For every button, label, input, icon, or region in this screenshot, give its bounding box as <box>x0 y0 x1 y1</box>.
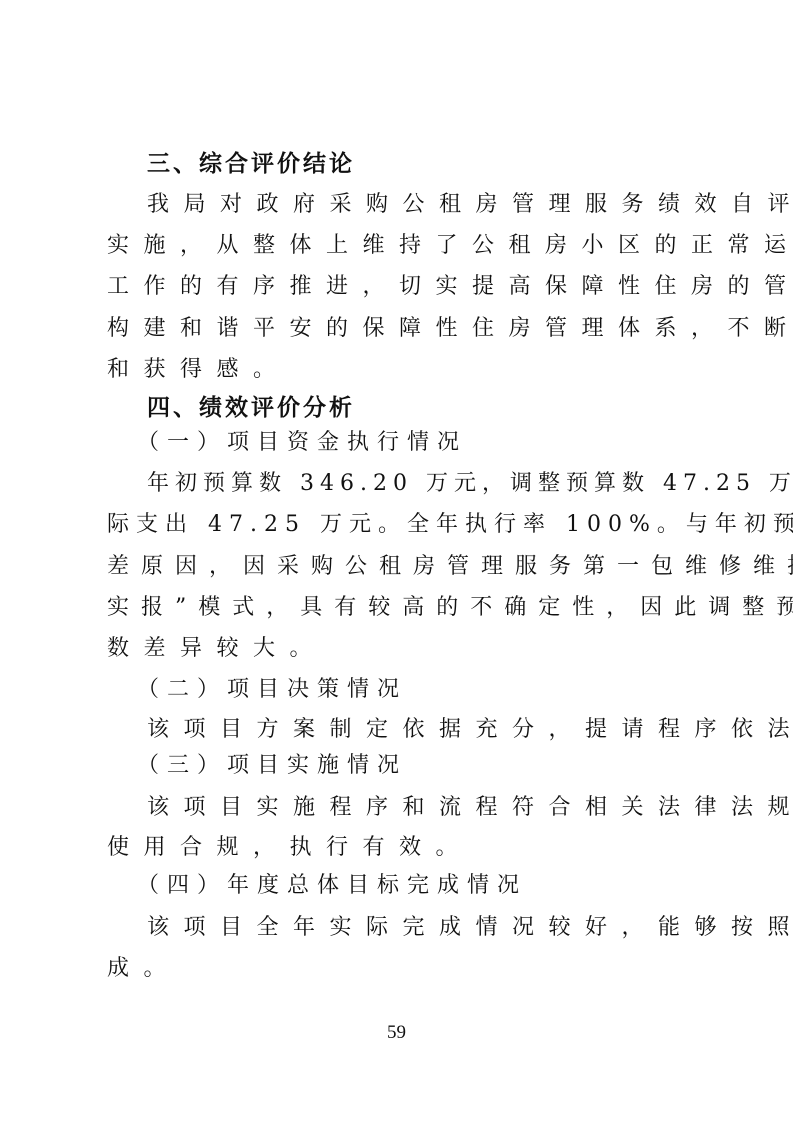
page-number: 59 <box>0 1022 793 1044</box>
paragraph-line: 该项目方案制定依据充分，提请程序依法合规。 <box>147 716 737 744</box>
paragraph-line: 该项目实施程序和流程符合相关法律法规，资金分配合理， <box>147 794 737 822</box>
paragraph-line: 和获得感。 <box>107 356 697 384</box>
subsection-heading-goals: （四）年度总体目标完成情况 <box>137 872 727 900</box>
paragraph-line: 工作的有序推进，切实提高保障性住房的管理水平和服务质量， <box>107 273 697 301</box>
section-heading-conclusion: 三、综合评价结论 <box>147 150 737 178</box>
subsection-heading-funds: （一）项目资金执行情况 <box>137 429 727 457</box>
paragraph-line: 实报”模式，具有较高的不确定性，因此调整预算数与年初预算 <box>107 594 697 622</box>
paragraph-line: 年初预算数 346.20 万元，调整预算数 47.25 万元，当年度实 <box>147 470 737 498</box>
paragraph-line: 成。 <box>107 955 697 983</box>
section-heading-analysis: 四、绩效评价分析 <box>147 394 737 422</box>
paragraph-line: 际支出 47.25 万元。全年执行率 100%。与年初预算相比产生偏 <box>107 511 697 539</box>
paragraph-line: 使用合规，执行有效。 <box>107 834 697 862</box>
paragraph-line: 差原因，因采购公租房管理服务第一包维修维护工作采用“实建 <box>107 553 697 581</box>
document-page: 三、综合评价结论 我局对政府采购公租房管理服务绩效自评认为，通过该项目 实施，从… <box>0 0 793 1122</box>
paragraph-line: 数差异较大。 <box>107 635 697 663</box>
paragraph-line: 实施，从整体上维持了公租房小区的正常运转，促进了住房保障 <box>107 232 697 260</box>
paragraph-line: 构建和谐平安的保障性住房管理体系，不断提升保障对象满意度 <box>107 315 697 343</box>
subsection-heading-implementation: （三）项目实施情况 <box>137 752 727 780</box>
paragraph-line: 该项目全年实际完成情况较好，能够按照年初既定目标完 <box>147 914 737 942</box>
subsection-heading-decision: （二）项目决策情况 <box>137 676 727 704</box>
paragraph-line: 我局对政府采购公租房管理服务绩效自评认为，通过该项目 <box>147 191 697 219</box>
